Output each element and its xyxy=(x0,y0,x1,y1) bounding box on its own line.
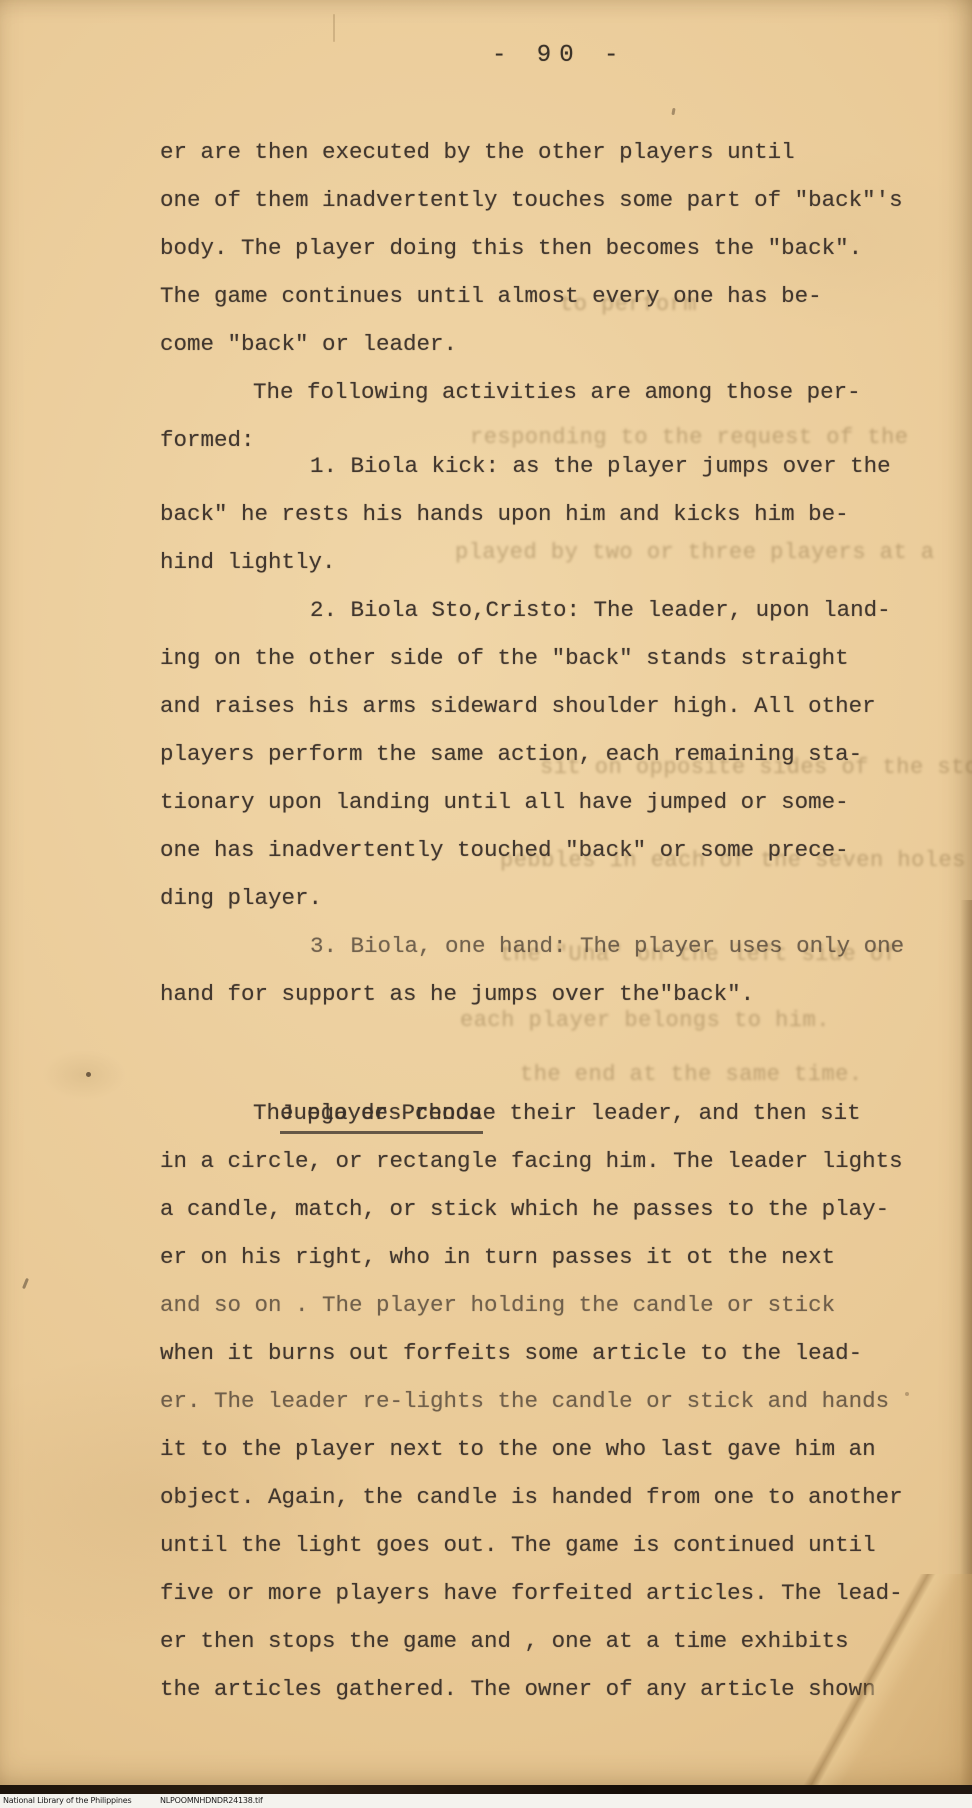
section-heading: Juego de Prenda xyxy=(160,1041,950,1089)
typed-line: er. The leader re-lights the candle or s… xyxy=(160,1377,950,1425)
typed-line: er on his right, who in turn passes it o… xyxy=(160,1233,950,1281)
typed-line: tionary upon landing until all have jump… xyxy=(160,778,950,826)
scan-filename: NLPOOMNHDNDR24138.tif xyxy=(160,1796,263,1805)
typed-line: one has inadvertently touched "back" or … xyxy=(160,826,950,874)
footer-rule xyxy=(0,1785,972,1794)
paper-crease xyxy=(333,14,335,42)
typed-line: until the light goes out. The game is co… xyxy=(160,1521,950,1569)
typed-line: one of them inadvertently touches some p… xyxy=(160,176,950,224)
typed-line: The following activities are among those… xyxy=(160,368,950,416)
typed-line: it to the player next to the one who las… xyxy=(160,1425,950,1473)
scanned-document: - 90 - to perform responding to the requ… xyxy=(0,0,972,1808)
library-credit: National Library of the Philippines xyxy=(3,1796,131,1805)
typed-line: ding player. xyxy=(160,874,950,922)
typed-line: The game continues until almost every on… xyxy=(160,272,950,320)
typed-line: 2. Biola Sto,Cristo: The leader, upon la… xyxy=(160,586,950,634)
typed-line: The players choose their leader, and the… xyxy=(160,1089,950,1137)
ink-speck xyxy=(86,1072,91,1077)
typed-text-block: er are then executed by the other player… xyxy=(160,128,950,1713)
page-number: - 90 - xyxy=(492,42,626,69)
typed-line: come "back" or leader. xyxy=(160,320,950,368)
typed-line: er are then executed by the other player… xyxy=(160,128,950,176)
corner-fold xyxy=(772,1574,972,1794)
typed-line: in a circle, or rectangle facing him. Th… xyxy=(160,1137,950,1185)
ink-speck xyxy=(22,1278,29,1289)
typed-line: back" he rests his hands upon him and ki… xyxy=(160,490,950,538)
typed-line: a candle, match, or stick which he passe… xyxy=(160,1185,950,1233)
typed-line: hand for support as he jumps over the"ba… xyxy=(160,970,950,1018)
typed-line: ing on the other side of the "back" stan… xyxy=(160,634,950,682)
typed-line: 1. Biola kick: as the player jumps over … xyxy=(160,442,950,490)
typed-line: and raises his arms sideward shoulder hi… xyxy=(160,682,950,730)
ink-speck xyxy=(905,1392,909,1396)
ink-speck xyxy=(671,108,675,115)
typed-line: object. Again, the candle is handed from… xyxy=(160,1473,950,1521)
paper-page: - 90 - to perform responding to the requ… xyxy=(0,0,972,1794)
typed-line: body. The player doing this then becomes… xyxy=(160,224,950,272)
scan-footer: National Library of the Philippines NLPO… xyxy=(0,1794,972,1808)
typed-line: 3. Biola, one hand: The player uses only… xyxy=(160,922,950,970)
typed-line: players perform the same action, each re… xyxy=(160,730,950,778)
typed-line: and so on . The player holding the candl… xyxy=(160,1281,950,1329)
typed-line: when it burns out forfeits some article … xyxy=(160,1329,950,1377)
typed-line: hind lightly. xyxy=(160,538,950,586)
